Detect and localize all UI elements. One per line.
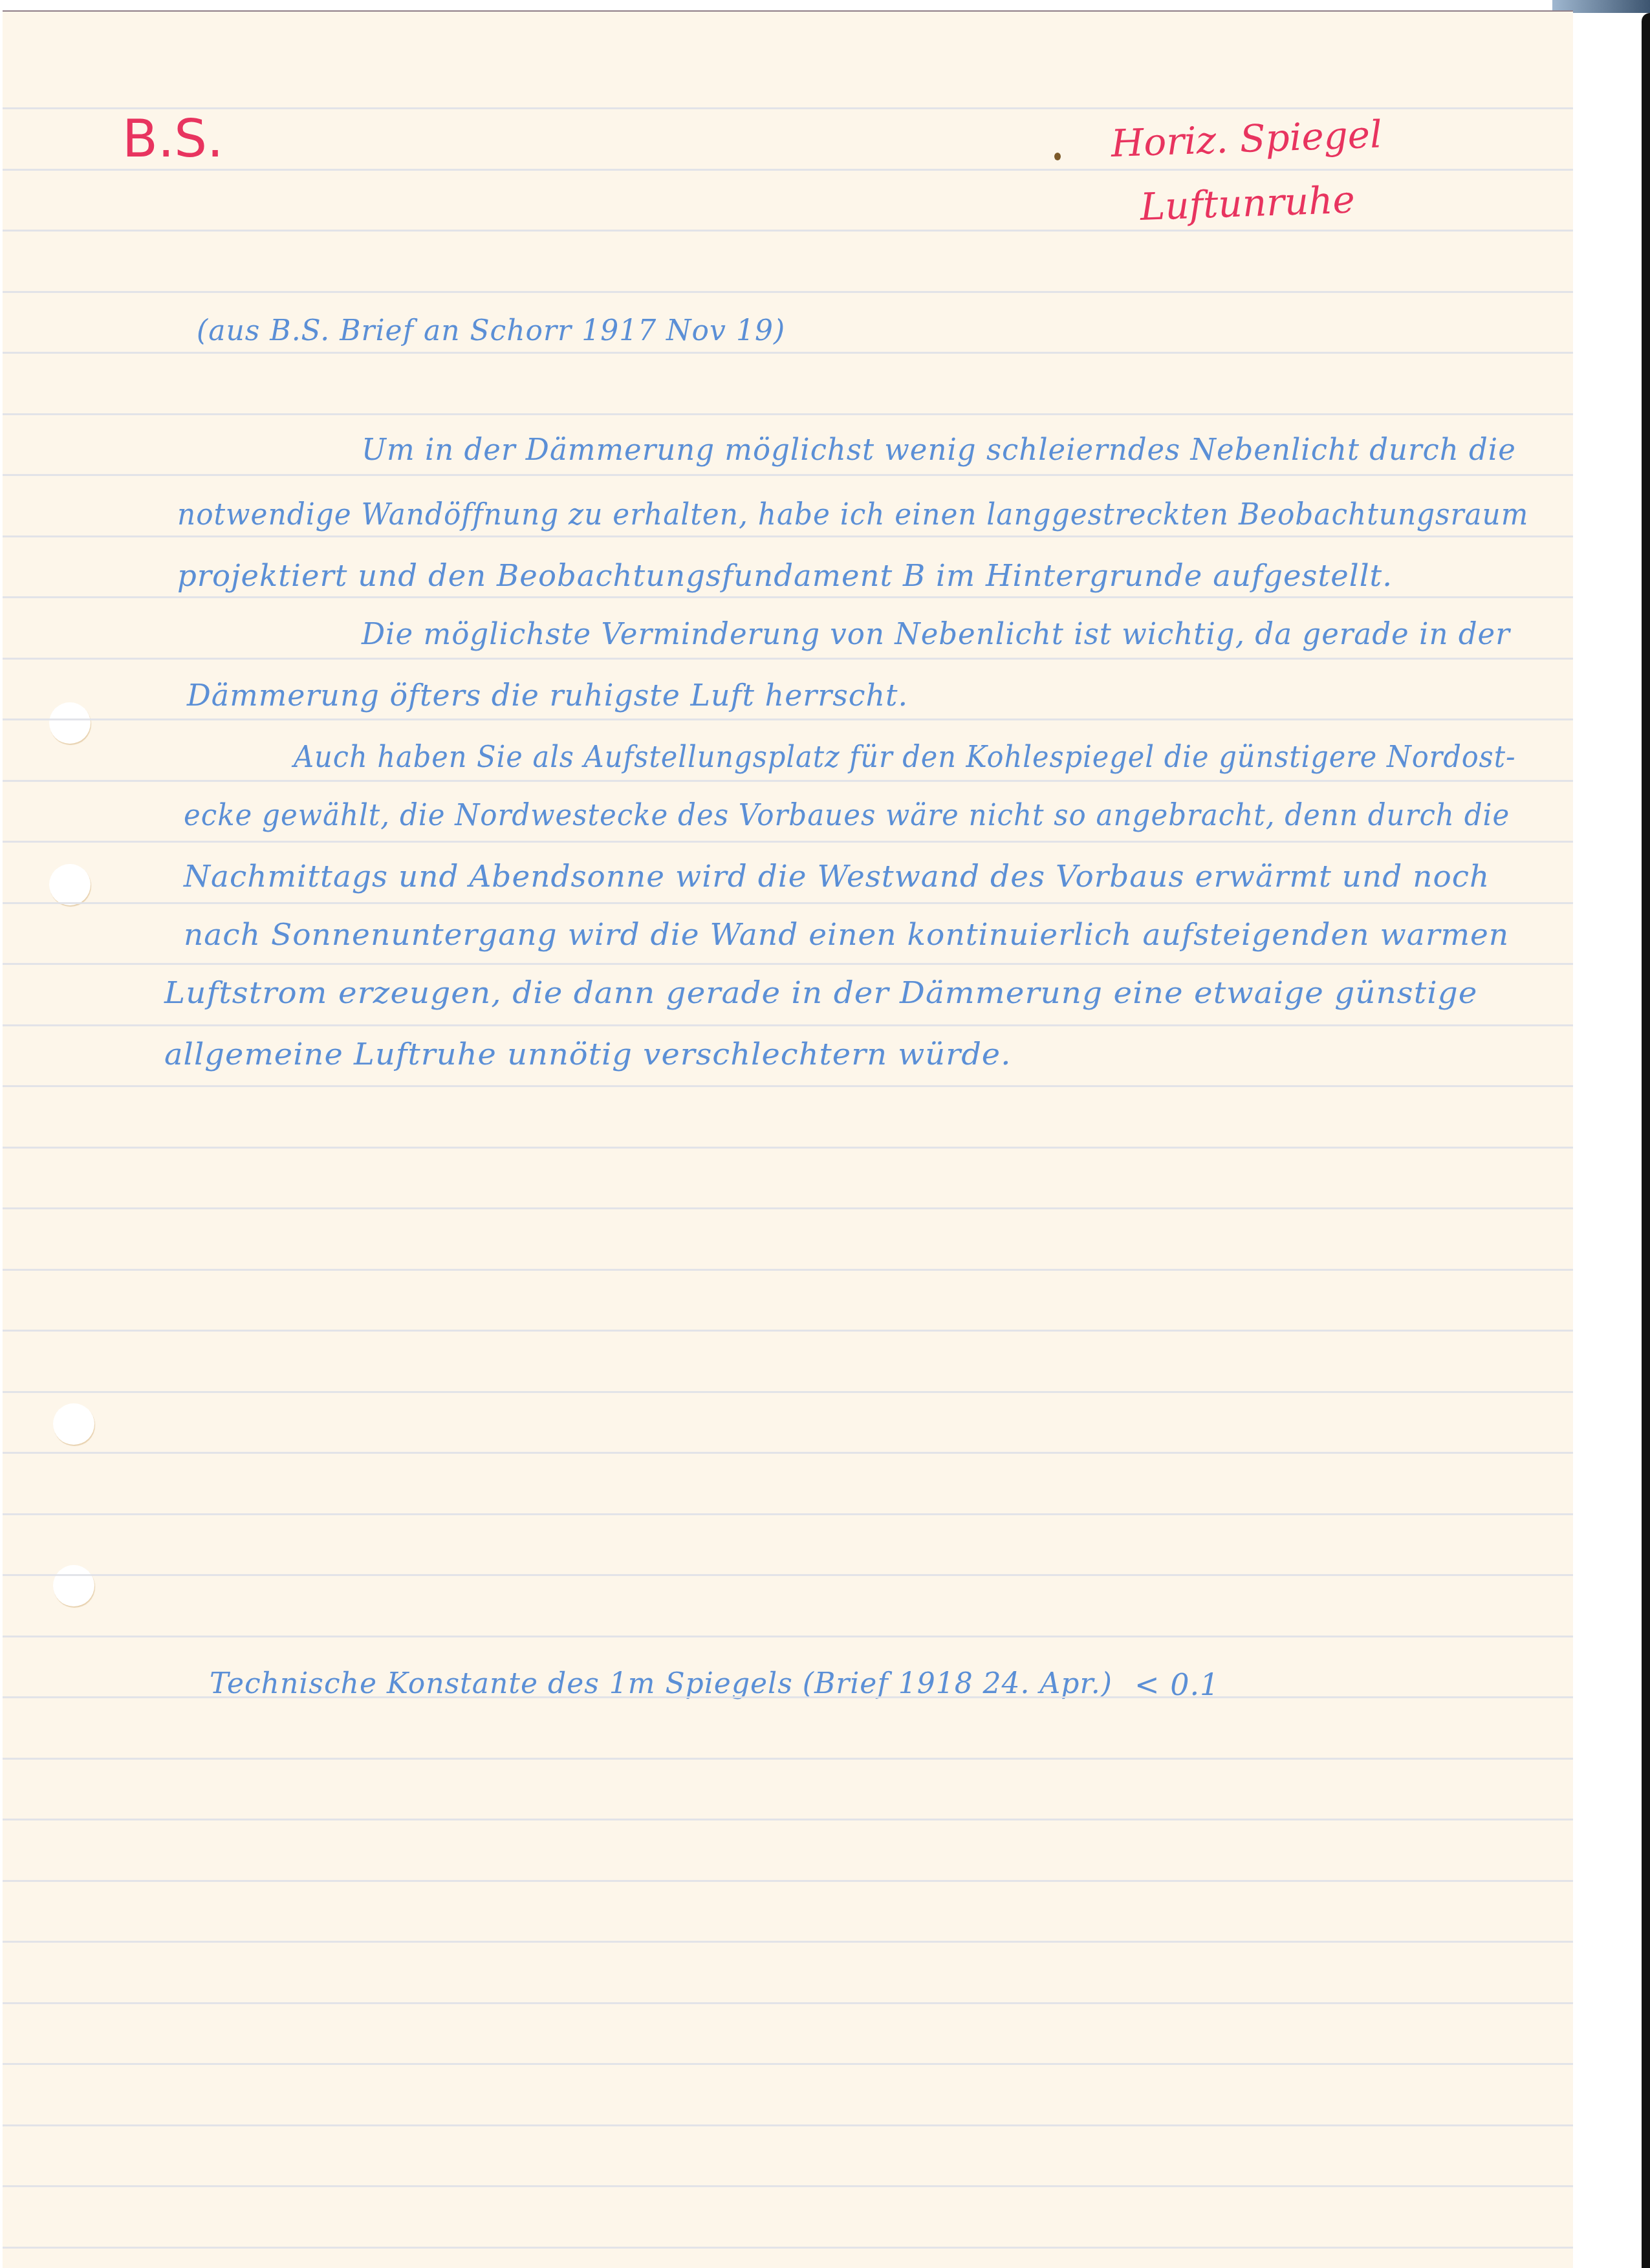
ruled-line: [3, 1636, 1573, 1637]
body-line: Um in der Dämmerung möglichst wenig schl…: [362, 432, 1516, 467]
footer-note: Technische Konstante des 1m Spiegels (Br…: [210, 1667, 1113, 1700]
ruled-line: [3, 1269, 1573, 1271]
source-note: (aus B.S. Brief an Schorr 1917 Nov 19): [197, 314, 785, 347]
ruled-line: [3, 1207, 1573, 1209]
ruled-line: [3, 902, 1573, 904]
ruled-line: [3, 107, 1573, 109]
ruled-line: [3, 1574, 1573, 1576]
ruled-line: [3, 474, 1573, 476]
ruled-line: [3, 2247, 1573, 2249]
ruled-line: [3, 413, 1573, 415]
ruled-line: [3, 1758, 1573, 1760]
notebook-page: B.S. Horiz. Spiegel Luftunruhe (aus B.S.…: [3, 10, 1573, 2268]
punch-hole: [49, 864, 91, 905]
annotation-luftunruhe: Luftunruhe: [1140, 177, 1356, 229]
ruled-line: [3, 1024, 1573, 1026]
ruled-line: [3, 1880, 1573, 1882]
ruled-line: [3, 658, 1573, 660]
ruled-line: [3, 1452, 1573, 1454]
body-line: Luftstrom erzeugen, die dann gerade in d…: [164, 975, 1477, 1010]
body-line: notwendige Wandöffnung zu erhalten, habe…: [177, 497, 1528, 532]
ruled-line: [3, 2063, 1573, 2065]
body-line: ecke gewählt, die Nordwestecke des Vorba…: [184, 797, 1510, 832]
ruled-line: [3, 1696, 1573, 1698]
body-line: Dämmerung öfters die ruhigste Luft herrs…: [187, 678, 908, 713]
scanner-edge-right: [1642, 13, 1650, 2268]
ruled-line: [3, 291, 1573, 293]
ink-speck: [1054, 153, 1061, 160]
ruled-line: [3, 1819, 1573, 1820]
annotation-horiz-spiegel: Horiz. Spiegel: [1111, 112, 1383, 166]
ruled-line: [3, 352, 1573, 354]
ruled-line: [3, 2185, 1573, 2187]
body-line: allgemeine Luftruhe unnötig verschlechte…: [164, 1037, 1011, 1072]
ruled-line: [3, 780, 1573, 782]
ruled-line: [3, 963, 1573, 965]
ruled-line: [3, 841, 1573, 843]
ruled-line: [3, 2124, 1573, 2126]
body-line: Die möglichste Verminderung von Nebenlic…: [362, 616, 1510, 651]
body-line: Auch haben Sie als Aufstellungsplatz für…: [294, 739, 1515, 774]
body-line: nach Sonnenuntergang wird die Wand einen…: [184, 917, 1509, 952]
ruled-line: [3, 2002, 1573, 2004]
ruled-line: [3, 596, 1573, 598]
ruled-line: [3, 718, 1573, 720]
ruled-line: [3, 1391, 1573, 1393]
ruled-line: [3, 1941, 1573, 1943]
punch-hole: [53, 1403, 94, 1445]
ruled-line: [3, 169, 1573, 171]
ruled-line: [3, 1085, 1573, 1087]
header-initials: B.S.: [122, 109, 224, 169]
ruled-line: [3, 1147, 1573, 1149]
punch-hole: [53, 1565, 94, 1606]
body-line: projektiert und den Beobachtungsfundamen…: [177, 558, 1393, 593]
ruled-line: [3, 230, 1573, 232]
ruled-line: [3, 1513, 1573, 1515]
punch-hole: [49, 702, 91, 744]
ruled-line: [3, 535, 1573, 537]
ruled-line: [3, 1330, 1573, 1332]
body-line: Nachmittags und Abendsonne wird die West…: [184, 859, 1490, 894]
